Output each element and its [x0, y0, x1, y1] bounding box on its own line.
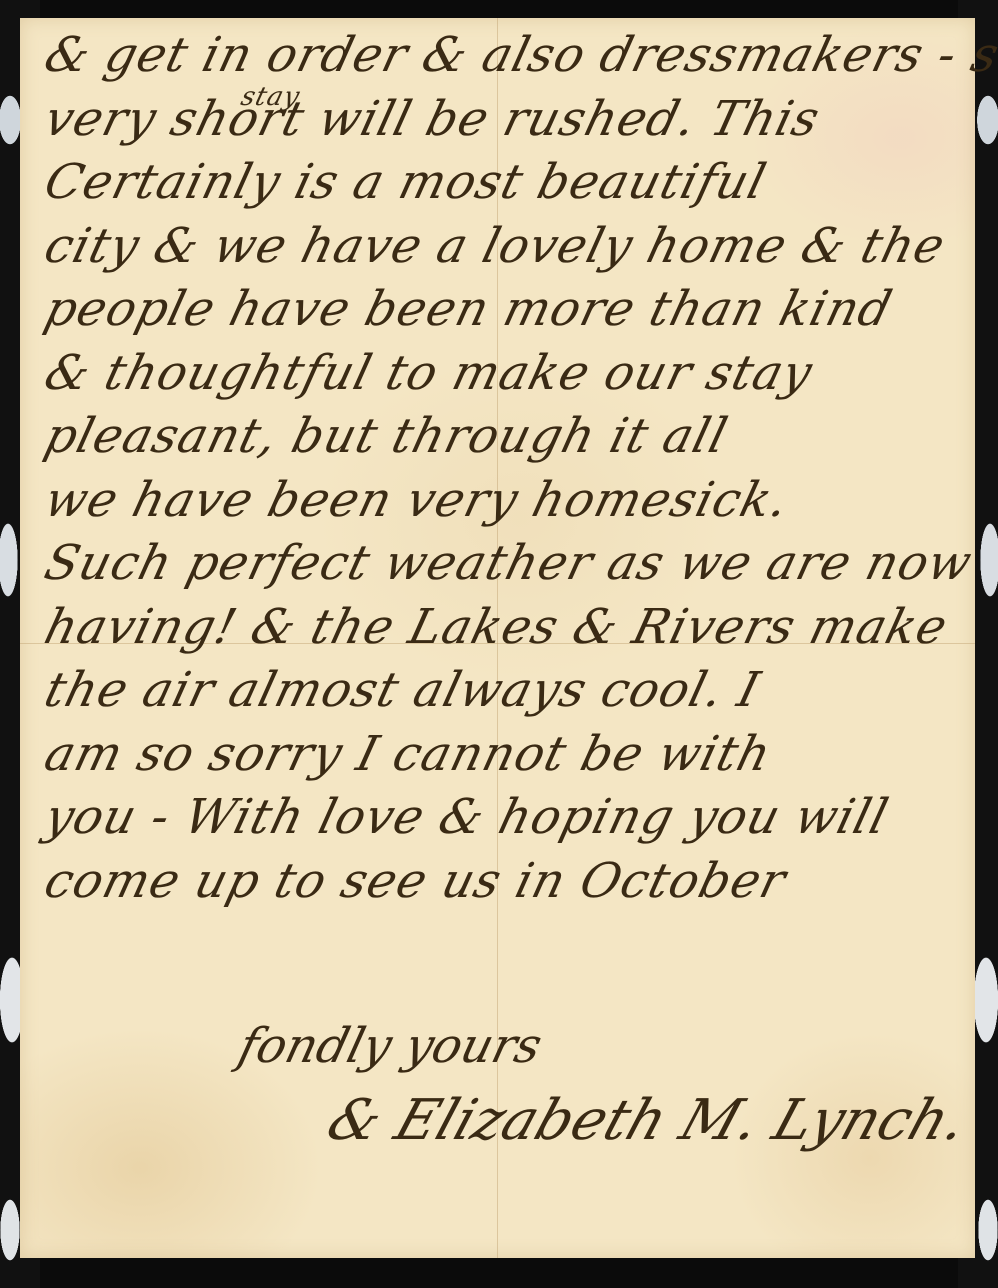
letter-line-5: people have been more than kind — [38, 278, 984, 342]
letter-line-3: Certainly is a most beautiful — [38, 151, 984, 215]
letter-line-7: pleasant, but through it all — [38, 405, 984, 469]
letter-body: & get in order & also dressmakers - so s… — [38, 24, 968, 913]
letter-line-10: having! & the Lakes & Rivers make — [38, 596, 984, 660]
signature: & Elizabeth M. Lynch. — [319, 1088, 975, 1153]
letter-line-12: am so sorry I cannot be with — [38, 723, 984, 787]
letter-line-13: you - With love & hoping you will — [38, 786, 984, 850]
letter-line-8: we have been very homesick. — [38, 469, 984, 533]
letter-line-1: & get in order & also dressmakers - so — [38, 24, 984, 88]
letter-line-4: city & we have a lovely home & the — [38, 215, 984, 279]
letter-line-6: & thoughtful to make our stay — [38, 342, 984, 406]
letter-line-2-text: very short will be rushed. This — [39, 91, 826, 147]
signature-name: Elizabeth M. Lynch. — [387, 1088, 975, 1153]
letter-line-2: stay very short will be rushed. This — [38, 88, 984, 152]
letter-closing: fondly yours — [233, 1018, 548, 1074]
letter-line-14: come up to see us in October — [38, 850, 984, 914]
signature-ampersand: & — [319, 1088, 390, 1153]
letter-page: & get in order & also dressmakers - so s… — [20, 18, 975, 1258]
inserted-word: stay — [238, 84, 302, 110]
letter-line-9: Such perfect weather as we are now — [38, 532, 984, 596]
letter-line-11: the air almost always cool. I — [38, 659, 984, 723]
